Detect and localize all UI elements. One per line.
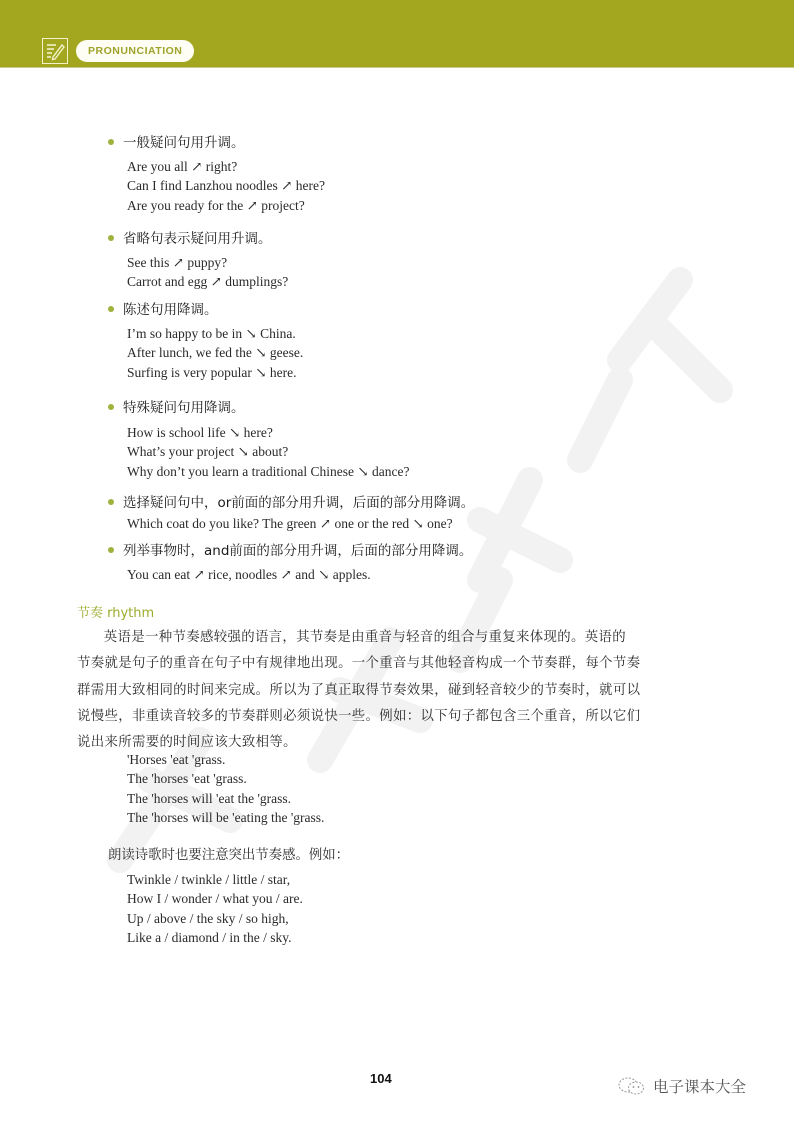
section-title-rhythm: 节奏 rhythm xyxy=(77,602,154,621)
example-sentence: The 'horses will be 'eating the 'grass. xyxy=(127,808,324,827)
page-number: 104 xyxy=(370,1071,392,1086)
example-sentence: Are you all ↗ right? xyxy=(127,157,325,176)
poem-line: Up / above / the sky / so high, xyxy=(127,909,303,928)
bullet-dot-icon xyxy=(108,306,114,312)
poem-lines: Twinkle / twinkle / little / star, How I… xyxy=(127,870,303,947)
example-sentence: Carrot and egg ↗ dumplings? xyxy=(127,272,288,291)
example-sentence: Are you ready for the ↗ project? xyxy=(127,196,325,215)
example-sentence: I’m so happy to be in ↘ China. xyxy=(127,324,303,343)
bullet-dot-icon xyxy=(108,404,114,410)
poem-line: How I / wonder / what you / are. xyxy=(127,889,303,908)
poem-line: Twinkle / twinkle / little / star, xyxy=(127,870,303,889)
example-sentence: The 'horses will 'eat the 'grass. xyxy=(127,789,324,808)
intonation-rule-heading: 省略句表示疑问用升调。 xyxy=(108,227,272,247)
intonation-examples: Are you all ↗ right? Can I find Lanzhou … xyxy=(127,157,325,215)
intonation-examples: I’m so happy to be in ↘ China. After lun… xyxy=(127,324,303,382)
source-credit: 电子课本大全 xyxy=(617,1075,746,1097)
paragraph-line: 群需用大致相同的时间来完成。所以为了真正取得节奏效果，碰到轻音较少的节奏时，就可… xyxy=(77,678,692,704)
example-sentence: Which coat do you like? The green ↗ one … xyxy=(127,514,453,533)
poem-line: Like a / diamond / in the / sky. xyxy=(127,928,303,947)
example-sentence: Surfing is very popular ↘ here. xyxy=(127,363,303,382)
intonation-rule-heading: 列举事物时，and前面的部分用升调，后面的部分用降调。 xyxy=(108,539,472,559)
header-band: PRONUNCIATION xyxy=(0,0,794,68)
example-sentence: How is school life ↘ here? xyxy=(127,423,409,442)
bullet-dot-icon xyxy=(108,139,114,145)
bullet-dot-icon xyxy=(108,547,114,553)
example-sentence: What’s your project ↘ about? xyxy=(127,442,409,461)
paragraph-line: 英语是一种节奏感较强的语言，其节奏是由重音与轻音的组合与重复来体现的。英语的 xyxy=(77,625,692,651)
intonation-rule-heading: 特殊疑问句用降调。 xyxy=(108,396,245,416)
wechat-icon xyxy=(617,1076,647,1096)
example-sentence: After lunch, we fed the ↘ geese. xyxy=(127,343,303,362)
paragraph-line: 说慢些，非重读音较多的节奏群则必须说快一些。例如：以下句子都包含三个重音，所以它… xyxy=(77,704,692,730)
intonation-rule-heading: 陈述句用降调。 xyxy=(108,298,218,318)
example-sentence: See this ↗ puppy? xyxy=(127,253,288,272)
example-sentence: Can I find Lanzhou noodles ↗ here? xyxy=(127,176,325,195)
paragraph-line: 节奏就是句子的重音在句子中有规律地出现。一个重音与其他轻音构成一个节奏群，每个节… xyxy=(77,651,692,677)
intonation-examples: Which coat do you like? The green ↗ one … xyxy=(127,514,453,533)
section-badge: PRONUNCIATION xyxy=(76,40,194,62)
bullet-dot-icon xyxy=(108,235,114,241)
poem-note: 朗读诗歌时也要注意突出节奏感。例如： xyxy=(108,844,349,863)
intonation-rule-heading: 选择疑问句中，or前面的部分用升调，后面的部分用降调。 xyxy=(108,491,474,511)
stress-examples: 'Horses 'eat 'grass. The 'horses 'eat 'g… xyxy=(127,750,324,827)
intonation-rule-heading: 一般疑问句用升调。 xyxy=(108,131,245,151)
intonation-examples: See this ↗ puppy? Carrot and egg ↗ dumpl… xyxy=(127,253,288,292)
example-sentence: You can eat ↗ rice, noodles ↗ and ↘ appl… xyxy=(127,565,371,584)
notepad-pencil-icon xyxy=(42,38,68,64)
intonation-examples: You can eat ↗ rice, noodles ↗ and ↘ appl… xyxy=(127,565,371,584)
example-sentence: The 'horses 'eat 'grass. xyxy=(127,769,324,788)
bullet-dot-icon xyxy=(108,499,114,505)
rhythm-paragraph: 英语是一种节奏感较强的语言，其节奏是由重音与轻音的组合与重复来体现的。英语的 节… xyxy=(77,625,692,756)
example-sentence: Why don’t you learn a traditional Chines… xyxy=(127,462,409,481)
example-sentence: 'Horses 'eat 'grass. xyxy=(127,750,324,769)
credit-text: 电子课本大全 xyxy=(653,1075,746,1097)
intonation-examples: How is school life ↘ here? What’s your p… xyxy=(127,423,409,481)
